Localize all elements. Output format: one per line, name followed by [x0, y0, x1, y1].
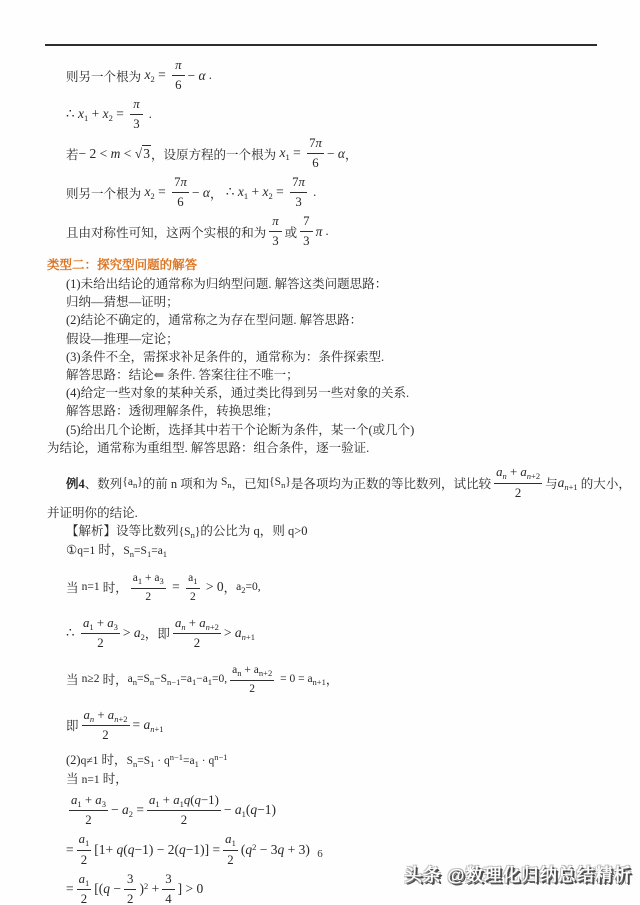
- text-run: 【解析】设等比数列: [66, 524, 179, 538]
- math-run: x1 =: [276, 145, 304, 162]
- math-run: Sn: [221, 476, 232, 490]
- text-run: 则另一个根为: [66, 67, 141, 85]
- fraction: 7π3: [290, 174, 307, 211]
- text-run: ，: [326, 670, 339, 688]
- math-run: > a2: [123, 625, 145, 642]
- text-line: 归纳—猜想—证明；: [47, 293, 613, 311]
- text-line: 解答思路：透彻理解条件，转换思维；: [47, 402, 613, 420]
- math-run: − 2 < m <: [79, 146, 135, 162]
- text-run: ①: [66, 543, 77, 557]
- text-run: ，已知: [232, 474, 270, 492]
- square-root: √3: [135, 146, 151, 162]
- math-run: {Sn}: [269, 476, 291, 490]
- text-run: ，: [224, 578, 237, 596]
- fraction: a1 + a1q(q−1)2: [147, 792, 221, 830]
- document-page: 则另一个根为 x2 = π6− α .∴ x1 + x2 = π3 .若− 2 …: [0, 0, 640, 905]
- page-number: 6: [0, 848, 640, 860]
- text-run: 时，: [98, 753, 126, 767]
- text-run: ，即: [145, 624, 170, 642]
- text-line: (3)条件不全，需探求补足条件的，通常称为：条件探索型.: [47, 348, 613, 366]
- text-run: 是各项均为正数的等比数列，试比较: [291, 474, 491, 492]
- text-run: 为结论，通常称为重组型. 解答思路：组合条件，逐一验证.: [47, 441, 369, 455]
- math-run: = an+1: [133, 717, 164, 734]
- fraction: π6: [172, 57, 184, 94]
- fraction: 7π6: [307, 135, 324, 172]
- text-run: 与: [545, 474, 558, 492]
- text-line: 解答思路：结论⇐ 条件. 答案往往不唯一；: [47, 366, 613, 384]
- math-run: − α: [327, 146, 345, 162]
- fraction: an + an+22: [82, 707, 130, 745]
- fraction: 7π6: [172, 174, 189, 211]
- text-run: (2): [66, 753, 81, 767]
- text-run: .: [146, 107, 152, 122]
- fraction: an + an+22: [494, 464, 542, 502]
- text-run: (2)结论不确定的，通常称之为存在型问题. 解答思路：: [66, 313, 362, 327]
- top-divider: [45, 44, 597, 46]
- text-line: (2)q≠1 时，Sn=S1 · qn−1=a1 · qn−1: [47, 751, 613, 770]
- math-run: q=1: [77, 545, 95, 557]
- text-run: 时，: [100, 772, 128, 786]
- fraction: π3: [130, 96, 142, 133]
- math-run: Sn=S1 · qn−1=a1 · qn−1: [127, 755, 228, 767]
- text-run: 的公比为 q，则 q>0: [200, 524, 307, 538]
- text-run: 时，: [99, 670, 127, 688]
- fraction: 34: [162, 871, 174, 905]
- text-run: 的大小，: [578, 474, 631, 492]
- fraction: a12: [77, 871, 92, 905]
- text-run: 时，: [100, 578, 128, 596]
- fraction: a12: [186, 571, 199, 604]
- fraction: an + an+22: [230, 663, 274, 696]
- math-run: n=1: [82, 774, 100, 786]
- math-run: π: [316, 224, 323, 240]
- math-run: {an}: [122, 476, 142, 490]
- formula-line: 则另一个根为 x2 = π6− α .: [47, 57, 613, 94]
- math-run: x2 =: [141, 184, 169, 201]
- text-line: 【解析】设等比数列{Sn}的公比为 q，则 q>0: [47, 522, 613, 541]
- formula-line: ∴ x1 + x2 = π3 .: [47, 96, 613, 133]
- text-run: ，设原方程的一个根为: [151, 145, 276, 163]
- math-run: q≠1: [81, 755, 99, 767]
- text-run: (5)给出几个论断，选择其中若干个论断为条件，某一个(或几个): [66, 423, 414, 437]
- text-run: 并证明你的结论.: [47, 506, 138, 520]
- formula-line: 当 n≥2 时，an=Sn−Sn−1=a1−a1=0,an + an+22 = …: [47, 663, 613, 696]
- bold-text-run: 例4: [66, 474, 85, 492]
- math-run: ] > 0: [178, 881, 204, 897]
- document-content: 则另一个根为 x2 = π6− α .∴ x1 + x2 = π3 .若− 2 …: [47, 55, 613, 905]
- formula-line: 即an + an+22= an+1: [47, 707, 613, 745]
- text-run: .: [206, 68, 212, 83]
- math-run: n=1: [82, 581, 100, 593]
- formula-line: 例4、数列{an}的前 n 项和为 Sn，已知{Sn}是各项均为正数的等比数列，…: [47, 464, 613, 502]
- text-line: (1)未给出结论的通常称为归纳型问题. 解答这类问题思路：: [47, 275, 613, 293]
- math-run: n≥2: [82, 673, 100, 685]
- math-run: > an+1: [224, 625, 255, 642]
- text-run: 、数列: [85, 474, 123, 492]
- math-run: )2 +: [139, 881, 159, 897]
- text-run: 解答思路：结论⇐ 条件. 答案往往不唯一；: [66, 368, 299, 382]
- text-line: 并证明你的结论.: [47, 504, 613, 522]
- math-run: an=Sn−Sn−1=a1−a1=0,: [128, 673, 228, 687]
- text-line: (4)给定一些对象的某种关系，通过类比得到另一些对象的关系.: [47, 384, 613, 402]
- math-run: > 0: [203, 579, 224, 595]
- text-line: (2)结论不确定的，通常称之为存在型问题. 解答思路：: [47, 311, 613, 329]
- math-run: ∴ x1 + x2 =: [66, 106, 127, 123]
- text-run: 归纳—猜想—证明；: [66, 295, 179, 309]
- text-line: 当 n=1 时，: [47, 770, 613, 789]
- text-run: 当: [66, 578, 82, 596]
- math-run: − α: [188, 68, 206, 84]
- text-run: 时，: [95, 543, 123, 557]
- text-line: 假设—推理—定论；: [47, 330, 613, 348]
- fraction: a1 + a32: [131, 571, 166, 604]
- math-run: a2=0,: [236, 581, 260, 595]
- math-run: x2 =: [141, 67, 169, 84]
- text-run: 且由对称性可知，这两个实根的和为: [66, 223, 266, 241]
- fraction: a1 + a32: [69, 792, 108, 830]
- text-run: 若: [66, 145, 79, 163]
- text-run: 解答思路：透彻理解条件，转换思维；: [66, 404, 279, 418]
- text-run: 或: [285, 223, 298, 241]
- math-run: − a2 =: [111, 802, 144, 819]
- formula-line: 若− 2 < m < √3，设原方程的一个根为 x1 = 7π6− α，: [47, 135, 613, 172]
- text-run: .: [310, 185, 316, 200]
- math-run: {Sn}: [179, 526, 201, 538]
- text-run: ，: [345, 145, 358, 163]
- text-run: .: [322, 224, 328, 239]
- math-run: − a1(q−1): [224, 802, 276, 819]
- math-run: ∴ x1 + x2 =: [223, 184, 288, 201]
- math-run: ∴: [66, 625, 78, 641]
- formula-line: 且由对称性可知，这两个实根的和为π3或73π .: [47, 213, 613, 250]
- text-run: 的前 n 项和为: [143, 474, 221, 492]
- formula-line: a1 + a32− a2 =a1 + a1q(q−1)2− a1(q−1): [47, 792, 613, 830]
- formula-line: ∴ a1 + a32> a2，即an + an+22> an+1: [47, 615, 613, 653]
- text-line: 为结论，通常称为重组型. 解答思路：组合条件，逐一验证.: [47, 439, 613, 457]
- text-run: ，: [210, 184, 223, 202]
- formula-line: 则另一个根为 x2 = 7π6− α， ∴ x1 + x2 = 7π3 .: [47, 174, 613, 211]
- text-run: 假设—推理—定论；: [66, 332, 179, 346]
- math-run: [(q −: [94, 881, 121, 897]
- text-run: 当: [66, 772, 82, 786]
- text-run: (3)条件不全，需探求补足条件的，通常称为：条件探索型.: [66, 350, 384, 364]
- section-header: 类型二：探究型问题的解答: [47, 255, 613, 275]
- text-line: (5)给出几个论断，选择其中若干个论断为条件，某一个(或几个): [47, 421, 613, 439]
- math-run: =: [66, 881, 74, 897]
- fraction: π3: [269, 213, 281, 250]
- text-run: 类型二：探究型问题的解答: [47, 258, 197, 272]
- fraction: a1 + a32: [81, 615, 120, 653]
- text-line: ①q=1 时，Sn=S1=a1: [47, 541, 613, 560]
- math-run: Sn=S1=a1: [123, 545, 167, 557]
- text-run: 即: [66, 716, 79, 734]
- fraction: an + an+22: [173, 615, 221, 653]
- fraction: 73: [300, 213, 312, 250]
- text-run: 则另一个根为: [66, 184, 141, 202]
- text-run: (1)未给出结论的通常称为归纳型问题. 解答这类问题思路：: [66, 277, 387, 291]
- toutiao-watermark: 头条 @数理化归纳总结精析: [405, 862, 632, 887]
- math-run: − α: [192, 185, 210, 201]
- fraction: 32: [124, 871, 136, 905]
- math-run: =: [169, 579, 183, 595]
- math-run: an+1: [558, 475, 578, 492]
- math-run: = 0 = an+1: [277, 673, 326, 687]
- formula-line: 当 n=1 时，a1 + a32 = a12 > 0，a2=0,: [47, 571, 613, 604]
- text-run: 当: [66, 670, 82, 688]
- text-run: (4)给定一些对象的某种关系，通过类比得到另一些对象的关系.: [66, 386, 409, 400]
